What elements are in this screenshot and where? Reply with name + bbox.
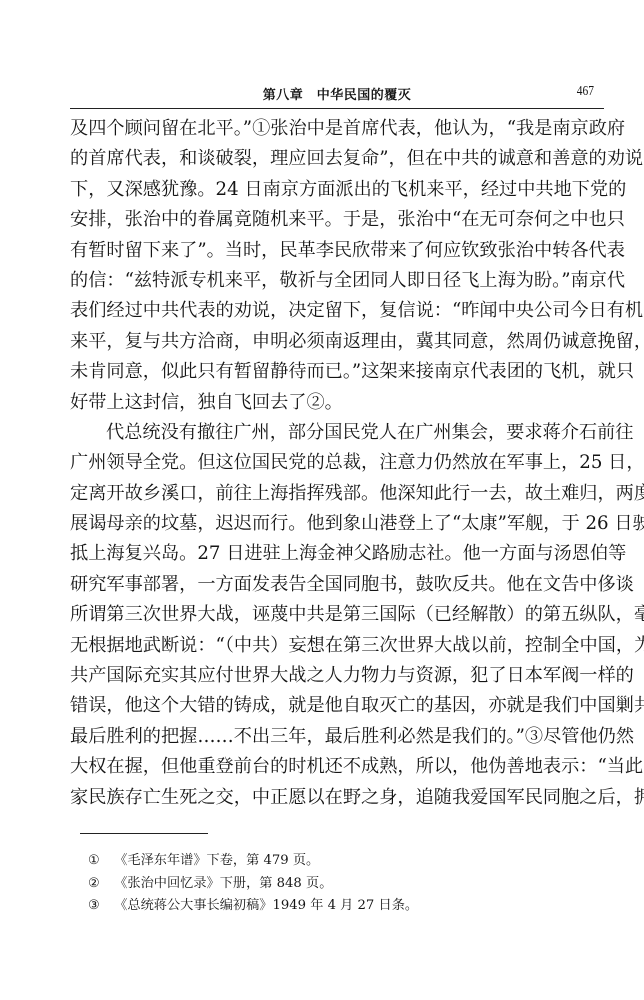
footnote-marker: ③ — [88, 895, 110, 918]
text-line: 最后胜利的把握……不出三年，最后胜利必然是我们的。”③尽管他仍然 — [70, 722, 604, 752]
paragraph-2: 代总统没有撤往广州，部分国民党人在广州集会，要求蒋介石前往 广州领导全党。但这位… — [70, 418, 604, 813]
text-line: 及四个顾问留在北平。”①张治中是首席代表，他认为，“我是南京政府 — [70, 114, 604, 144]
text-line: 来平，复与共方洽商，申明必须南返理由，冀其同意，然周仍诚意挽留， — [70, 327, 604, 357]
text-line: 代总统没有撤往广州，部分国民党人在广州集会，要求蒋介石前往 — [70, 418, 604, 448]
footnotes: ① 《毛泽东年谱》下卷，第 479 页。 ② 《张治中回忆录》下册，第 848 … — [88, 850, 588, 918]
text-line: 展谒母亲的坟墓，迟迟而行。他到象山港登上了“太康”军舰，于 26 日驶 — [70, 509, 604, 539]
footnote-1: ① 《毛泽东年谱》下卷，第 479 页。 — [88, 850, 588, 873]
footnote-marker: ① — [88, 850, 110, 873]
footnote-text: 《总统蒋公大事长编初稿》1949 年 4 月 27 日条。 — [114, 898, 418, 913]
text-line: 定离开故乡溪口，前往上海指挥残部。他深知此行一去，故土难归，两度 — [70, 479, 604, 509]
text-line: 研究军事部署，一方面发表告全国同胞书，鼓吹反共。他在文告中侈谈 — [70, 570, 604, 600]
footnote-marker: ② — [88, 873, 110, 896]
text-line: 的信：“兹特派专机来平，敬祈与全团同人即日径飞上海为盼。”南京代 — [70, 266, 604, 296]
header-rule — [70, 108, 604, 109]
text-line: 安排，张治中的眷属竟随机来平。于是，张治中“在无可奈何之中也只 — [70, 205, 604, 235]
text-line: 的首席代表，和谈破裂，理应回去复命”，但在中共的诚意和善意的劝说 — [70, 144, 604, 174]
text-line: 所谓第三次世界大战，诬蔑中共是第三国际（已经解散）的第五纵队，毫 — [70, 600, 604, 630]
paragraph-1: 及四个顾问留在北平。”①张治中是首席代表，他认为，“我是南京政府 的首席代表，和… — [70, 114, 604, 418]
text-line: 抵上海复兴岛。27 日进驻上海金神父路励志社。他一方面与汤恩伯等 — [70, 539, 604, 569]
footnote-rule — [80, 833, 208, 834]
text-line: 无根据地武断说：“（中共）妄想在第三次世界大战以前，控制全中国，为 — [70, 631, 604, 661]
text-line: 有暂时留下来了”。当时，民革李民欣带来了何应钦致张治中转各代表 — [70, 236, 604, 266]
text-line: 未肯同意，似此只有暂留静待而已。”这架来接南京代表团的飞机，就只 — [70, 357, 604, 387]
footnote-text: 《张治中回忆录》下册，第 848 页。 — [114, 876, 332, 891]
body-text: 及四个顾问留在北平。”①张治中是首席代表，他认为，“我是南京政府 的首席代表，和… — [70, 114, 604, 813]
text-line: 表们经过中共代表的劝说，决定留下，复信说：“昨闻中央公司今日有机 — [70, 296, 604, 326]
footnote-3: ③ 《总统蒋公大事长编初稿》1949 年 4 月 27 日条。 — [88, 895, 588, 918]
running-head: 第八章 中华民国的覆灭 467 — [70, 82, 604, 106]
footnote-2: ② 《张治中回忆录》下册，第 848 页。 — [88, 873, 588, 896]
chapter-title: 第八章 中华民国的覆灭 — [70, 84, 604, 103]
text-line: 错误，他这个大错的铸成，就是他自取灭亡的基因，亦就是我们中国剿共 — [70, 691, 604, 721]
text-line: 家民族存亡生死之交，中正愿以在野之身，追随我爱国军民同胞之后，拥 — [70, 783, 604, 813]
text-line: 下，又深感犹豫。24 日南京方面派出的飞机来平，经过中共地下党的 — [70, 175, 604, 205]
text-line: 广州领导全党。但这位国民党的总裁，注意力仍然放在军事上，25 日，决 — [70, 448, 604, 478]
page-number: 467 — [577, 84, 594, 100]
text-line: 共产国际充实其应付世界大战之人力物力与资源，犯了日本军阀一样的 — [70, 661, 604, 691]
text-line: 好带上这封信，独自飞回去了②。 — [70, 388, 604, 418]
text-line: 大权在握，但他重登前台的时机还不成熟，所以，他伪善地表示：“当此国 — [70, 752, 604, 782]
footnote-text: 《毛泽东年谱》下卷，第 479 页。 — [114, 853, 319, 868]
